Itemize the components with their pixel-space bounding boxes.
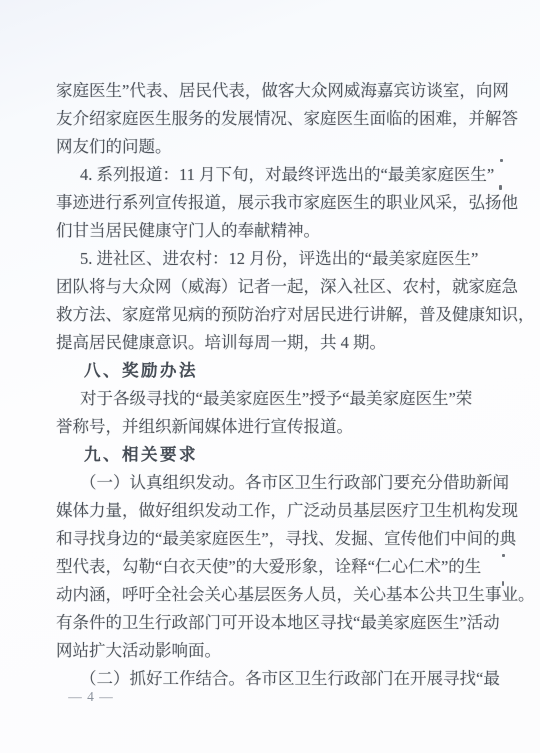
document-line: 团队将与大众网（威海）记者一起，深入社区、农村，就家庭急 (56, 273, 524, 301)
document-line: 动内涵，呼吁全社会关心基层医务人员，关心基本公共卫生事业。 (56, 581, 524, 609)
document-line: （一）认真组织发动。各市区卫生行政部门要充分借助新闻 (56, 469, 524, 497)
scanned-document-page: 家庭医生”代表、居民代表，做客大众网威海嘉宾访谈室，向网 友介绍家庭医生服务的发… (0, 0, 540, 753)
document-line: 对于各级寻找的“最美家庭医生”授予“最美家庭医生”荣 (56, 385, 524, 413)
document-line: 有条件的卫生行政部门可开设本地区寻找“最美家庭医生”活动 (56, 609, 524, 637)
section-heading-awards: 八、奖励办法 (56, 357, 524, 385)
document-line: （二）抓好工作结合。各市区卫生行政部门在开展寻找“最 (56, 665, 524, 693)
document-line: 们甘当居民健康守门人的奉献精神。 (56, 217, 524, 245)
document-line: 和寻找身边的“最美家庭医生”，寻找、发掘、宣传他们中间的典 (56, 525, 524, 553)
document-line: 友介绍家庭医生服务的发展情况、家庭医生面临的困难，并解答 (56, 105, 524, 133)
document-line: 型代表，勾勒“白衣天使”的大爱形象，诠释“仁心仁术”的生 (56, 553, 524, 581)
document-line: 网站扩大活动影响面。 (56, 637, 524, 665)
scan-speck (502, 554, 505, 557)
document-line: 5. 进社区、进农村：12 月份，评选出的“最美家庭医生” (56, 245, 524, 273)
document-line: 誉称号，并组织新闻媒体进行宣传报道。 (56, 413, 524, 441)
document-body: 家庭医生”代表、居民代表，做客大众网威海嘉宾访谈室，向网 友介绍家庭医生服务的发… (56, 77, 524, 693)
document-line: 家庭医生”代表、居民代表，做客大众网威海嘉宾访谈室，向网 (56, 77, 524, 105)
page-number: — 4 — (56, 689, 126, 705)
section-heading-requirements: 九、相关要求 (56, 441, 524, 469)
document-line: 网友们的问题。 (56, 133, 524, 161)
document-line: 4. 系列报道：11 月下旬，对最终评选出的“最美家庭医生” (56, 161, 524, 189)
scan-speck (500, 159, 503, 162)
document-line: 提高居民健康意识。培训每周一期，共 4 期。 (56, 329, 524, 357)
document-line: 救方法、家庭常见病的预防治疗对居民进行讲解，普及健康知识， (56, 301, 524, 329)
scan-speck (502, 581, 504, 586)
scan-speck (499, 185, 502, 190)
document-line: 事迹进行系列宣传报道，展示我市家庭医生的职业风采，弘扬他 (56, 189, 524, 217)
document-line: 媒体力量，做好组织发动工作，广泛动员基层医疗卫生机构发现 (56, 497, 524, 525)
